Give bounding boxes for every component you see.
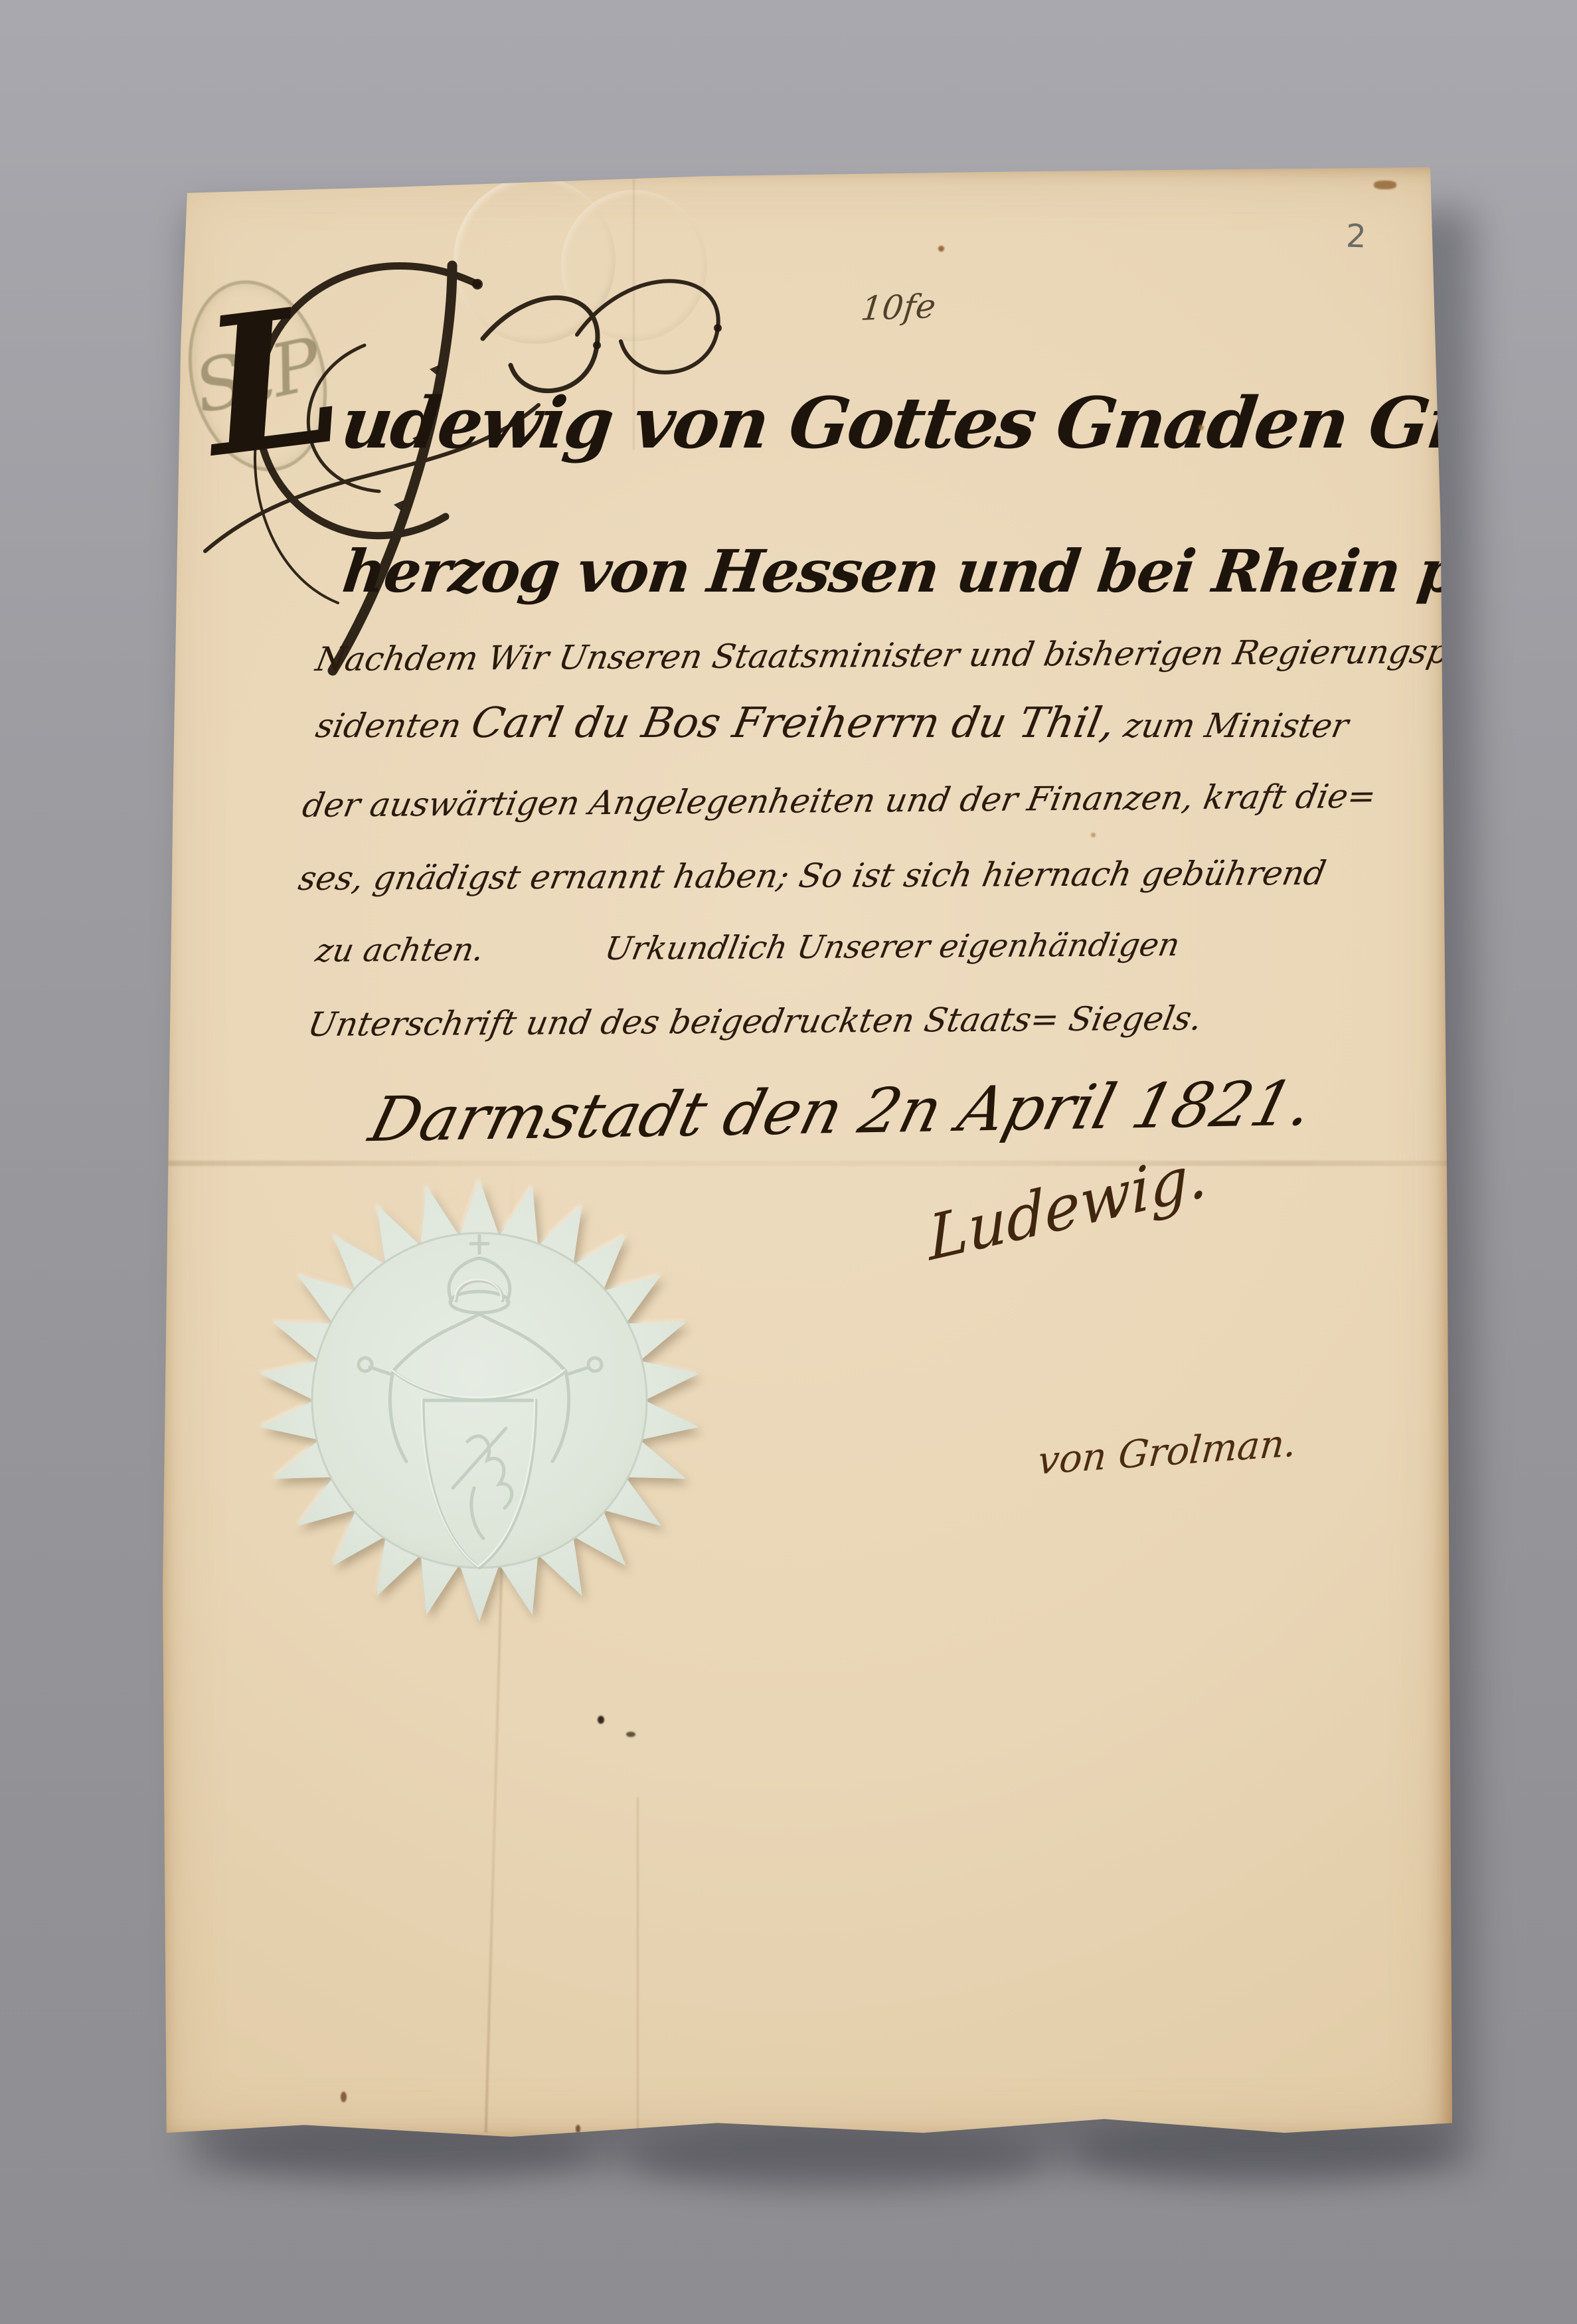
name-du-thil: Carl du Bos Freiherrn du Thil, — [467, 699, 1120, 747]
foxing-spot — [1199, 425, 1204, 430]
ink-speck — [626, 1732, 635, 1737]
page-number: 2 — [1345, 217, 1367, 255]
ink-speck — [576, 2125, 580, 2133]
ink-speck — [341, 2092, 347, 2102]
body-line-2: sidenten Carl du Bos Freiherrn du Thil, … — [313, 699, 1344, 747]
document-sheet: StP 2 10fe L udewig von Gottes Gnaden G — [163, 167, 1452, 2141]
heading-line-1-text: udewig von Gottes Gnaden Groß= — [337, 381, 1577, 464]
horizontal-fold-crease — [163, 1161, 1452, 1166]
body-line-3: der auswärtigen Angelegenheiten und der … — [299, 777, 1379, 825]
royal-signature: Ludewig. — [927, 1139, 1209, 1275]
foxing-spot — [938, 246, 944, 252]
heading-line-1: L udewig von Gottes Gnaden Groß= — [207, 313, 1577, 464]
body-line-6: Unterschrift und des beigedruckten Staat… — [305, 999, 1205, 1044]
vertical-fold-crease — [637, 1797, 639, 2139]
body-line-4: ses, gnädigst ernannt haben; So ist sich… — [295, 854, 1329, 898]
counter-signature: von Grolman. — [1037, 1421, 1298, 1483]
paper-edge-shadow — [631, 2128, 1042, 2191]
ink-speck — [598, 1716, 604, 1724]
body-line-1: Nachdem Wir Unseren Staatsminister und b… — [313, 631, 1516, 679]
body-line-5: zu achten. Urkundlich Unserer eigenhändi… — [313, 926, 1183, 969]
body-line-2-post: zum Minister — [1110, 706, 1352, 745]
foxing-spot — [1374, 181, 1396, 189]
body-line-2-pre: sidenten — [313, 706, 475, 745]
photo-background: StP 2 10fe L udewig von Gottes Gnaden G — [0, 0, 1577, 2324]
foxing-spot — [1091, 833, 1096, 837]
dateline: Darmstadt den 2n April 1821. — [363, 1068, 1320, 1156]
heading-initial: L — [199, 306, 347, 457]
state-seal-icon — [254, 1175, 705, 1626]
heading-line-2: herzog von Hessen und bei Rhein p: p: — [339, 537, 1562, 606]
